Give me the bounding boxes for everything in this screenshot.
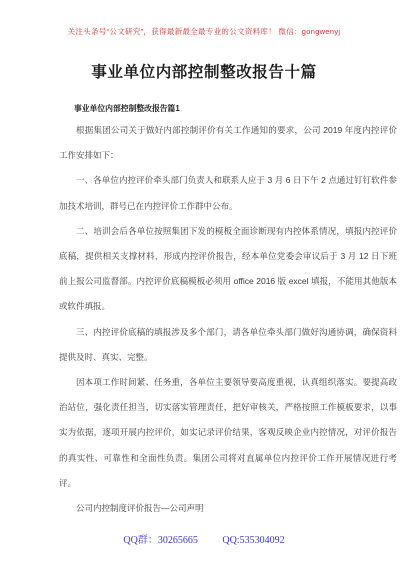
section-heading: 事业单位内部控制整改报告篇1	[74, 103, 180, 114]
paragraph-item-2: 二、培训会后各单位按照集团下发的模板全面诊断现有内控体系情况，填报内控评价底稿，…	[59, 219, 397, 320]
paragraph-closing: 因本项工作时间紧、任务重，各单位主要领导要高度重视，认真组织落实。要提高政治站位…	[59, 370, 397, 496]
paragraph-intro: 根据集团公司关于做好内部控制评价有关工作通知的要求，公司 2019 年度内控评价…	[59, 118, 397, 168]
document-page: 关注头条号“公文研究”，获得最新最全最专业的公文资料库！ 微信：gongweny…	[0, 0, 408, 580]
qq-personal-number: QQ:535304092	[222, 535, 284, 546]
promo-banner: 关注头条号“公文研究”，获得最新最全最专业的公文资料库！ 微信：gongweny…	[0, 26, 408, 37]
paragraph-item-1: 一、各单位内控评价牵头部门负责人和联系人应于 3 月 6 日下午 2 点通过钉钉…	[59, 168, 397, 218]
paragraph-statement-heading: 公司内控制度评价报告—公司声明	[59, 496, 397, 521]
paragraph-item-3: 三、内控评价底稿的填报涉及多个部门，请各单位牵头部门做好沟通协调，确保资料提供及…	[59, 320, 397, 370]
qq-group-number: QQ群：30265665	[123, 535, 197, 546]
footer-contact: QQ群：30265665 QQ:535304092	[0, 531, 408, 546]
document-body: 根据集团公司关于做好内部控制评价有关工作通知的要求，公司 2019 年度内控评价…	[59, 118, 397, 521]
document-title: 事业单位内部控制整改报告十篇	[0, 60, 408, 82]
